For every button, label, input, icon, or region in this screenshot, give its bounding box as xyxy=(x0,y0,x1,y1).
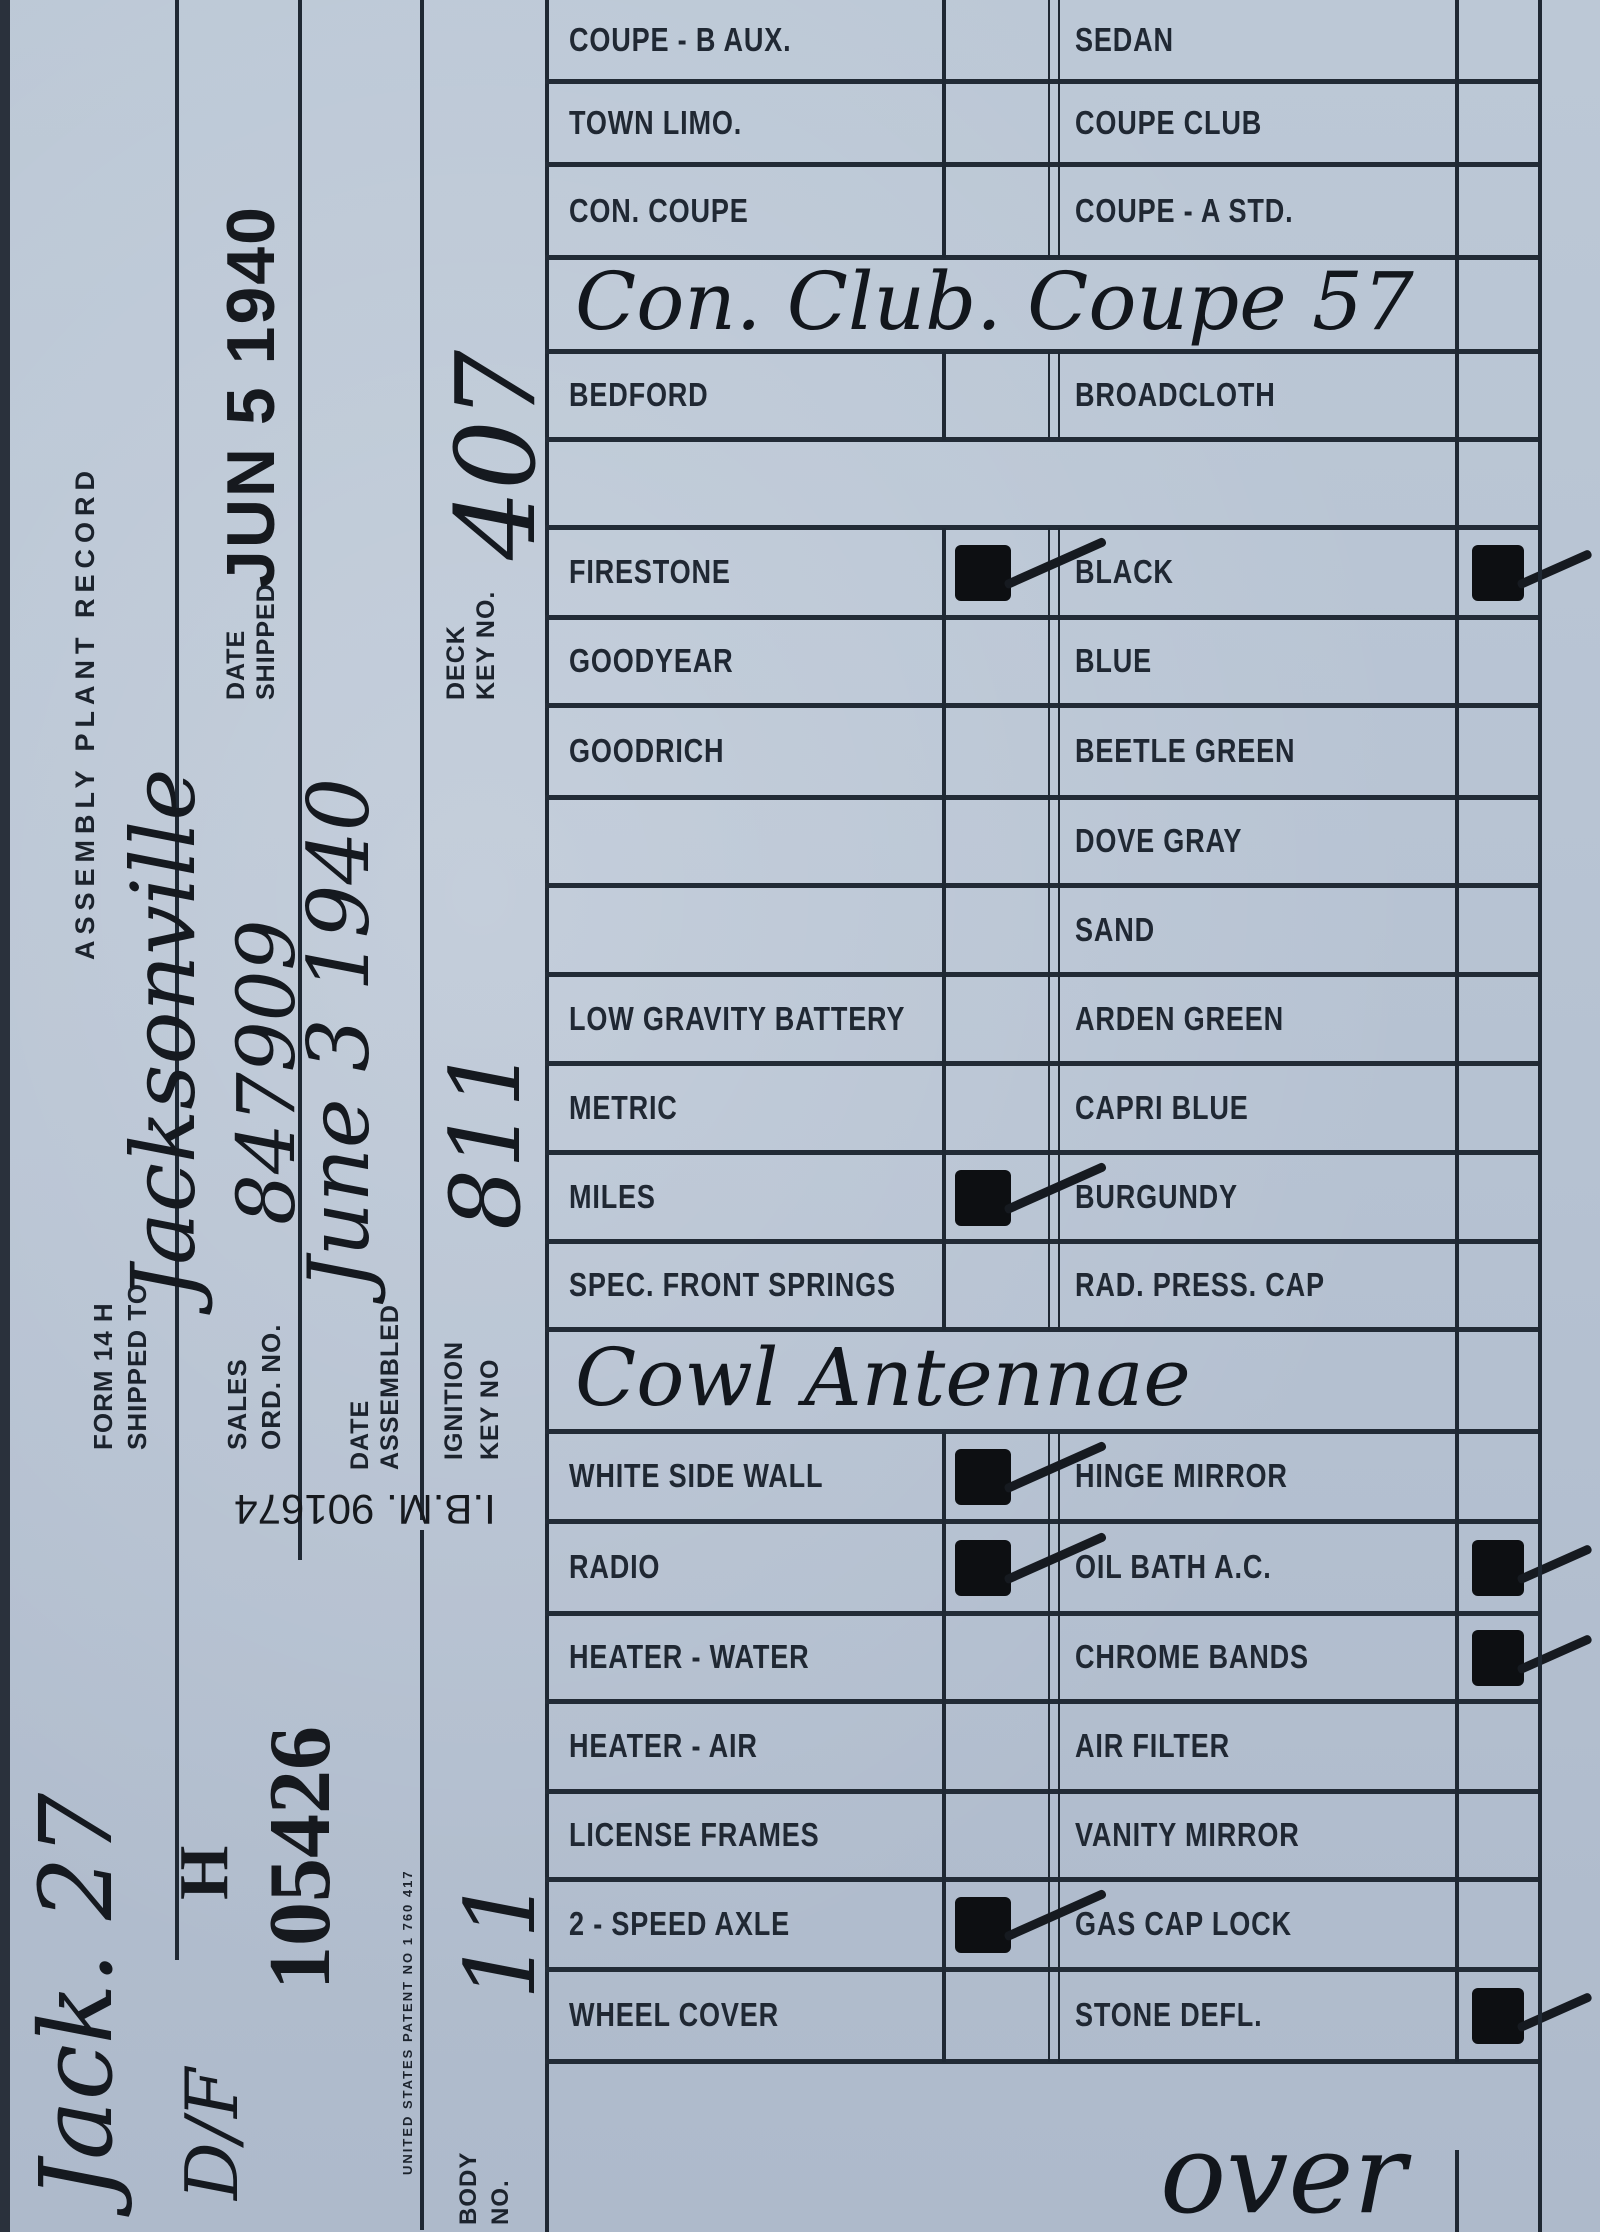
option-left-label: GOODRICH xyxy=(569,732,724,770)
column-divider xyxy=(1058,82,1060,165)
option-left-label: 2 - SPEED AXLE xyxy=(569,1905,790,1943)
option-right-label: SEDAN xyxy=(1075,21,1174,59)
ibm-number: I.B.M. 901674 xyxy=(195,1485,535,1533)
column-divider xyxy=(1058,1242,1060,1330)
option-left-label: METRIC xyxy=(569,1089,678,1127)
column-divider xyxy=(1058,165,1060,258)
column-divider xyxy=(1058,1792,1060,1880)
option-left-label: MILES xyxy=(569,1178,656,1216)
footer-handwritten-note: over xyxy=(1160,2110,1406,2232)
option-left-checkbox[interactable] xyxy=(946,622,1046,700)
column-divider xyxy=(1455,440,1459,528)
body-number: 105426 xyxy=(250,1726,351,1990)
option-right-checkbox[interactable] xyxy=(1459,1068,1537,1147)
table-row: LOW GRAVITY BATTERYARDEN GREEN xyxy=(545,975,1540,1064)
column-divider xyxy=(1048,165,1050,258)
option-right-label: VANITY MIRROR xyxy=(1075,1816,1300,1854)
option-right-label: BLUE xyxy=(1075,642,1152,680)
option-right-label: AIR FILTER xyxy=(1075,1727,1230,1765)
column-divider xyxy=(1048,618,1050,706)
column-divider xyxy=(1048,798,1050,886)
column-divider xyxy=(1048,1792,1050,1880)
option-left-checkbox[interactable] xyxy=(946,1974,1046,2056)
option-left-label: GOODYEAR xyxy=(569,642,733,680)
option-right-label: STONE DEFL. xyxy=(1075,1996,1262,2034)
option-left-checkbox[interactable] xyxy=(946,4,1046,76)
table-right-border xyxy=(1538,0,1542,2232)
option-right-checkbox[interactable] xyxy=(1459,1246,1537,1324)
date-shipped-label-line1: DATE xyxy=(222,630,251,700)
option-left-checkbox[interactable] xyxy=(946,1618,1046,1696)
table-row: WHEEL COVERSTONE DEFL. xyxy=(545,1970,1540,2062)
option-right-checkbox[interactable] xyxy=(1459,169,1537,252)
option-left-label: FIRESTONE xyxy=(569,553,731,591)
option-right-label: SAND xyxy=(1075,911,1155,949)
option-left-checkbox[interactable] xyxy=(946,710,1046,792)
option-right-checkbox[interactable] xyxy=(1459,802,1537,880)
ignition-key-label-line1: IGNITION xyxy=(440,1341,469,1460)
column-divider xyxy=(1048,82,1050,165)
option-right-label: BROADCLOTH xyxy=(1075,376,1276,414)
option-left-checkbox[interactable] xyxy=(946,356,1046,434)
column-divider xyxy=(1048,352,1050,440)
body-no-label-line2: NO. xyxy=(487,2179,515,2225)
column-divider xyxy=(1058,1614,1060,1702)
column-divider xyxy=(1048,1153,1050,1242)
column-divider xyxy=(1048,0,1050,82)
column-divider xyxy=(1048,1702,1050,1792)
table-row: CON. COUPECOUPE - A STD. xyxy=(545,165,1540,258)
option-right-checkbox[interactable] xyxy=(1459,1796,1537,1874)
column-divider xyxy=(1455,258,1459,352)
option-right-label: CAPRI BLUE xyxy=(1075,1089,1249,1127)
ignition-key-value: 811 xyxy=(430,1047,542,1230)
column-divider xyxy=(1058,0,1060,82)
option-right-label: OIL BATH A.C. xyxy=(1075,1548,1272,1586)
column-divider xyxy=(1058,618,1060,706)
table-row: GOODYEARBLUE xyxy=(545,618,1540,706)
column-divider xyxy=(1058,1432,1060,1522)
table-row: SPEC. FRONT SPRINGSRAD. PRESS. CAP xyxy=(545,1242,1540,1330)
option-left-checkbox[interactable] xyxy=(946,86,1046,159)
assembly-plant-record-card: FORM 14 H SHIPPED TO ASSEMBLY PLANT RECO… xyxy=(0,0,1600,2232)
handwritten-entry: Cowl Antennae xyxy=(575,1331,1191,1424)
option-right-label: CHROME BANDS xyxy=(1075,1638,1309,1676)
column-divider xyxy=(1058,352,1060,440)
checkmark-fill-icon xyxy=(955,1540,1011,1596)
option-left-label: WHEEL COVER xyxy=(569,1996,779,2034)
table-row: TOWN LIMO.COUPE CLUB xyxy=(545,82,1540,165)
option-right-label: COUPE CLUB xyxy=(1075,104,1262,142)
column-divider xyxy=(1048,886,1050,975)
handwritten-row: Cowl Antennae xyxy=(545,1330,1540,1432)
column-divider xyxy=(1455,2150,1459,2232)
option-right-label: DOVE GRAY xyxy=(1075,822,1242,860)
checkmark-fill-icon xyxy=(1472,545,1524,601)
option-right-checkbox[interactable] xyxy=(1459,979,1537,1058)
column-divider xyxy=(1048,1064,1050,1153)
option-left-checkbox[interactable] xyxy=(946,1246,1046,1324)
column-divider xyxy=(1058,975,1060,1064)
option-left-label: HEATER - WATER xyxy=(569,1638,809,1676)
table-row: 2 - SPEED AXLEGAS CAP LOCK xyxy=(545,1880,1540,1970)
form-title: ASSEMBLY PLANT RECORD xyxy=(70,465,101,960)
date-shipped-stamp: JUN 5 1940 xyxy=(212,205,290,588)
option-left-label: HEATER - AIR xyxy=(569,1727,758,1765)
checkmark-fill-icon xyxy=(955,1897,1011,1953)
handwritten-initials: D/F xyxy=(170,2068,254,2200)
column-divider xyxy=(1058,528,1060,618)
checkmark-fill-icon xyxy=(955,1449,1011,1505)
column-divider xyxy=(1058,1153,1060,1242)
column-divider xyxy=(1048,1970,1050,2062)
option-left-checkbox[interactable] xyxy=(946,802,1046,880)
date-assembled-label-line1: DATE xyxy=(346,1400,375,1470)
column-divider xyxy=(1058,1880,1060,1970)
divider-date-assembled xyxy=(420,0,424,1520)
column-divider xyxy=(1058,1064,1060,1153)
table-row: HEATER - AIRAIR FILTER xyxy=(545,1702,1540,1792)
checkmark-fill-icon xyxy=(955,1170,1011,1226)
column-divider xyxy=(1048,1432,1050,1522)
body-no-slash-value: 11 xyxy=(445,1878,557,2000)
handwritten-note: Jack. 27 xyxy=(18,1793,135,2200)
option-left-checkbox[interactable] xyxy=(946,979,1046,1058)
table-row: GOODRICHBEETLE GREEN xyxy=(545,706,1540,798)
table-row: DOVE GRAY xyxy=(545,798,1540,886)
option-left-label: LICENSE FRAMES xyxy=(569,1816,820,1854)
column-divider xyxy=(1058,886,1060,975)
table-row: SAND xyxy=(545,886,1540,975)
date-shipped-label-line2: SHIPPED xyxy=(252,583,281,700)
option-right-label: ARDEN GREEN xyxy=(1075,1000,1284,1038)
deck-key-label-line2: KEY NO. xyxy=(472,591,501,700)
option-right-checkbox[interactable] xyxy=(1459,622,1537,700)
column-divider xyxy=(1058,706,1060,798)
table-row: COUPE - B AUX.SEDAN xyxy=(545,0,1540,82)
column-divider xyxy=(1048,1880,1050,1970)
option-right-label: COUPE - A STD. xyxy=(1075,192,1293,230)
option-left-label: LOW GRAVITY BATTERY xyxy=(569,1000,905,1038)
body-number-prefix: H xyxy=(165,1846,245,1900)
column-divider xyxy=(1048,1614,1050,1702)
option-right-checkbox[interactable] xyxy=(1459,1706,1537,1786)
deck-key-value: 407 xyxy=(432,350,560,560)
date-assembled-label-line2: ASSEMBLED xyxy=(376,1304,405,1470)
column-divider xyxy=(1058,1970,1060,2062)
table-footer: over xyxy=(545,2150,1540,2232)
option-right-checkbox[interactable] xyxy=(1459,1436,1537,1516)
table-row: LICENSE FRAMESVANITY MIRROR xyxy=(545,1792,1540,1880)
table-row: HEATER - WATERCHROME BANDS xyxy=(545,1614,1540,1702)
option-left-checkbox[interactable] xyxy=(946,1068,1046,1147)
sales-ord-label-line1: SALES xyxy=(222,1358,253,1450)
shipped-to-value: Jacksonville xyxy=(112,769,215,1300)
option-left-label: TOWN LIMO. xyxy=(569,104,742,142)
handwritten-row: Con. Club. Coupe 57 xyxy=(545,258,1540,352)
shipped-to-label: SHIPPED TO xyxy=(122,1283,153,1450)
table-row: WHITE SIDE WALLHINGE MIRROR xyxy=(545,1432,1540,1522)
option-right-checkbox[interactable] xyxy=(1459,356,1537,434)
row-divider xyxy=(545,2059,1540,2064)
option-left-label: RADIO xyxy=(569,1548,660,1586)
option-right-checkbox[interactable] xyxy=(1459,1157,1537,1236)
option-right-checkbox[interactable] xyxy=(1459,1884,1537,1964)
option-left-checkbox[interactable] xyxy=(946,169,1046,252)
column-divider xyxy=(1058,1522,1060,1614)
column-divider xyxy=(1048,1522,1050,1614)
option-right-checkbox[interactable] xyxy=(1459,4,1537,76)
column-divider xyxy=(1058,1702,1060,1792)
column-divider xyxy=(1048,528,1050,618)
table-row: METRICCAPRI BLUE xyxy=(545,1064,1540,1153)
option-right-checkbox[interactable] xyxy=(1459,710,1537,792)
option-left-label: CON. COUPE xyxy=(569,192,749,230)
column-divider xyxy=(1455,1330,1459,1432)
column-divider xyxy=(1048,706,1050,798)
patent-text: UNITED STATES PATENT NO 1 760 417 xyxy=(400,1869,415,2175)
table-row: FIRESTONEBLACK xyxy=(545,528,1540,618)
option-right-label: GAS CAP LOCK xyxy=(1075,1905,1292,1943)
table-row: RADIOOIL BATH A.C. xyxy=(545,1522,1540,1614)
deck-key-label-line1: DECK xyxy=(442,625,471,700)
card-left-edge xyxy=(0,0,10,2232)
option-left-label: WHITE SIDE WALL xyxy=(569,1457,823,1495)
checkmark-fill-icon xyxy=(1472,1630,1524,1686)
option-left-checkbox[interactable] xyxy=(946,1796,1046,1874)
ignition-key-label-line2: KEY NO xyxy=(476,1359,505,1460)
column-divider xyxy=(1048,1242,1050,1330)
column-divider xyxy=(1048,975,1050,1064)
option-left-label: BEDFORD xyxy=(569,376,709,414)
option-left-checkbox[interactable] xyxy=(946,890,1046,969)
table-row: BEDFORDBROADCLOTH xyxy=(545,352,1540,440)
option-left-label: COUPE - B AUX. xyxy=(569,21,791,59)
option-right-label: BLACK xyxy=(1075,553,1174,591)
option-right-label: HINGE MIRROR xyxy=(1075,1457,1288,1495)
handwritten-entry: Con. Club. Coupe 57 xyxy=(575,255,1414,348)
option-right-label: BURGUNDY xyxy=(1075,1178,1238,1216)
option-right-label: RAD. PRESS. CAP xyxy=(1075,1266,1325,1304)
option-right-checkbox[interactable] xyxy=(1459,890,1537,969)
sales-ord-label-line2: ORD. NO. xyxy=(256,1324,287,1450)
column-divider xyxy=(1058,798,1060,886)
checkmark-fill-icon xyxy=(955,545,1011,601)
option-left-label: SPEC. FRONT SPRINGS xyxy=(569,1266,896,1304)
divider-body-no xyxy=(420,1530,424,2230)
date-assembled-value: June 3 1940 xyxy=(290,778,388,1290)
blank-row xyxy=(545,440,1540,528)
option-right-label: BEETLE GREEN xyxy=(1075,732,1295,770)
body-no-label-line1: BODY xyxy=(455,2152,483,2225)
table-row: MILESBURGUNDY xyxy=(545,1153,1540,1242)
form-number-label: FORM 14 H xyxy=(88,1302,119,1450)
option-left-checkbox[interactable] xyxy=(946,1706,1046,1786)
checkmark-fill-icon xyxy=(1472,1988,1524,2044)
option-right-checkbox[interactable] xyxy=(1459,86,1537,159)
checkmark-fill-icon xyxy=(1472,1540,1524,1596)
